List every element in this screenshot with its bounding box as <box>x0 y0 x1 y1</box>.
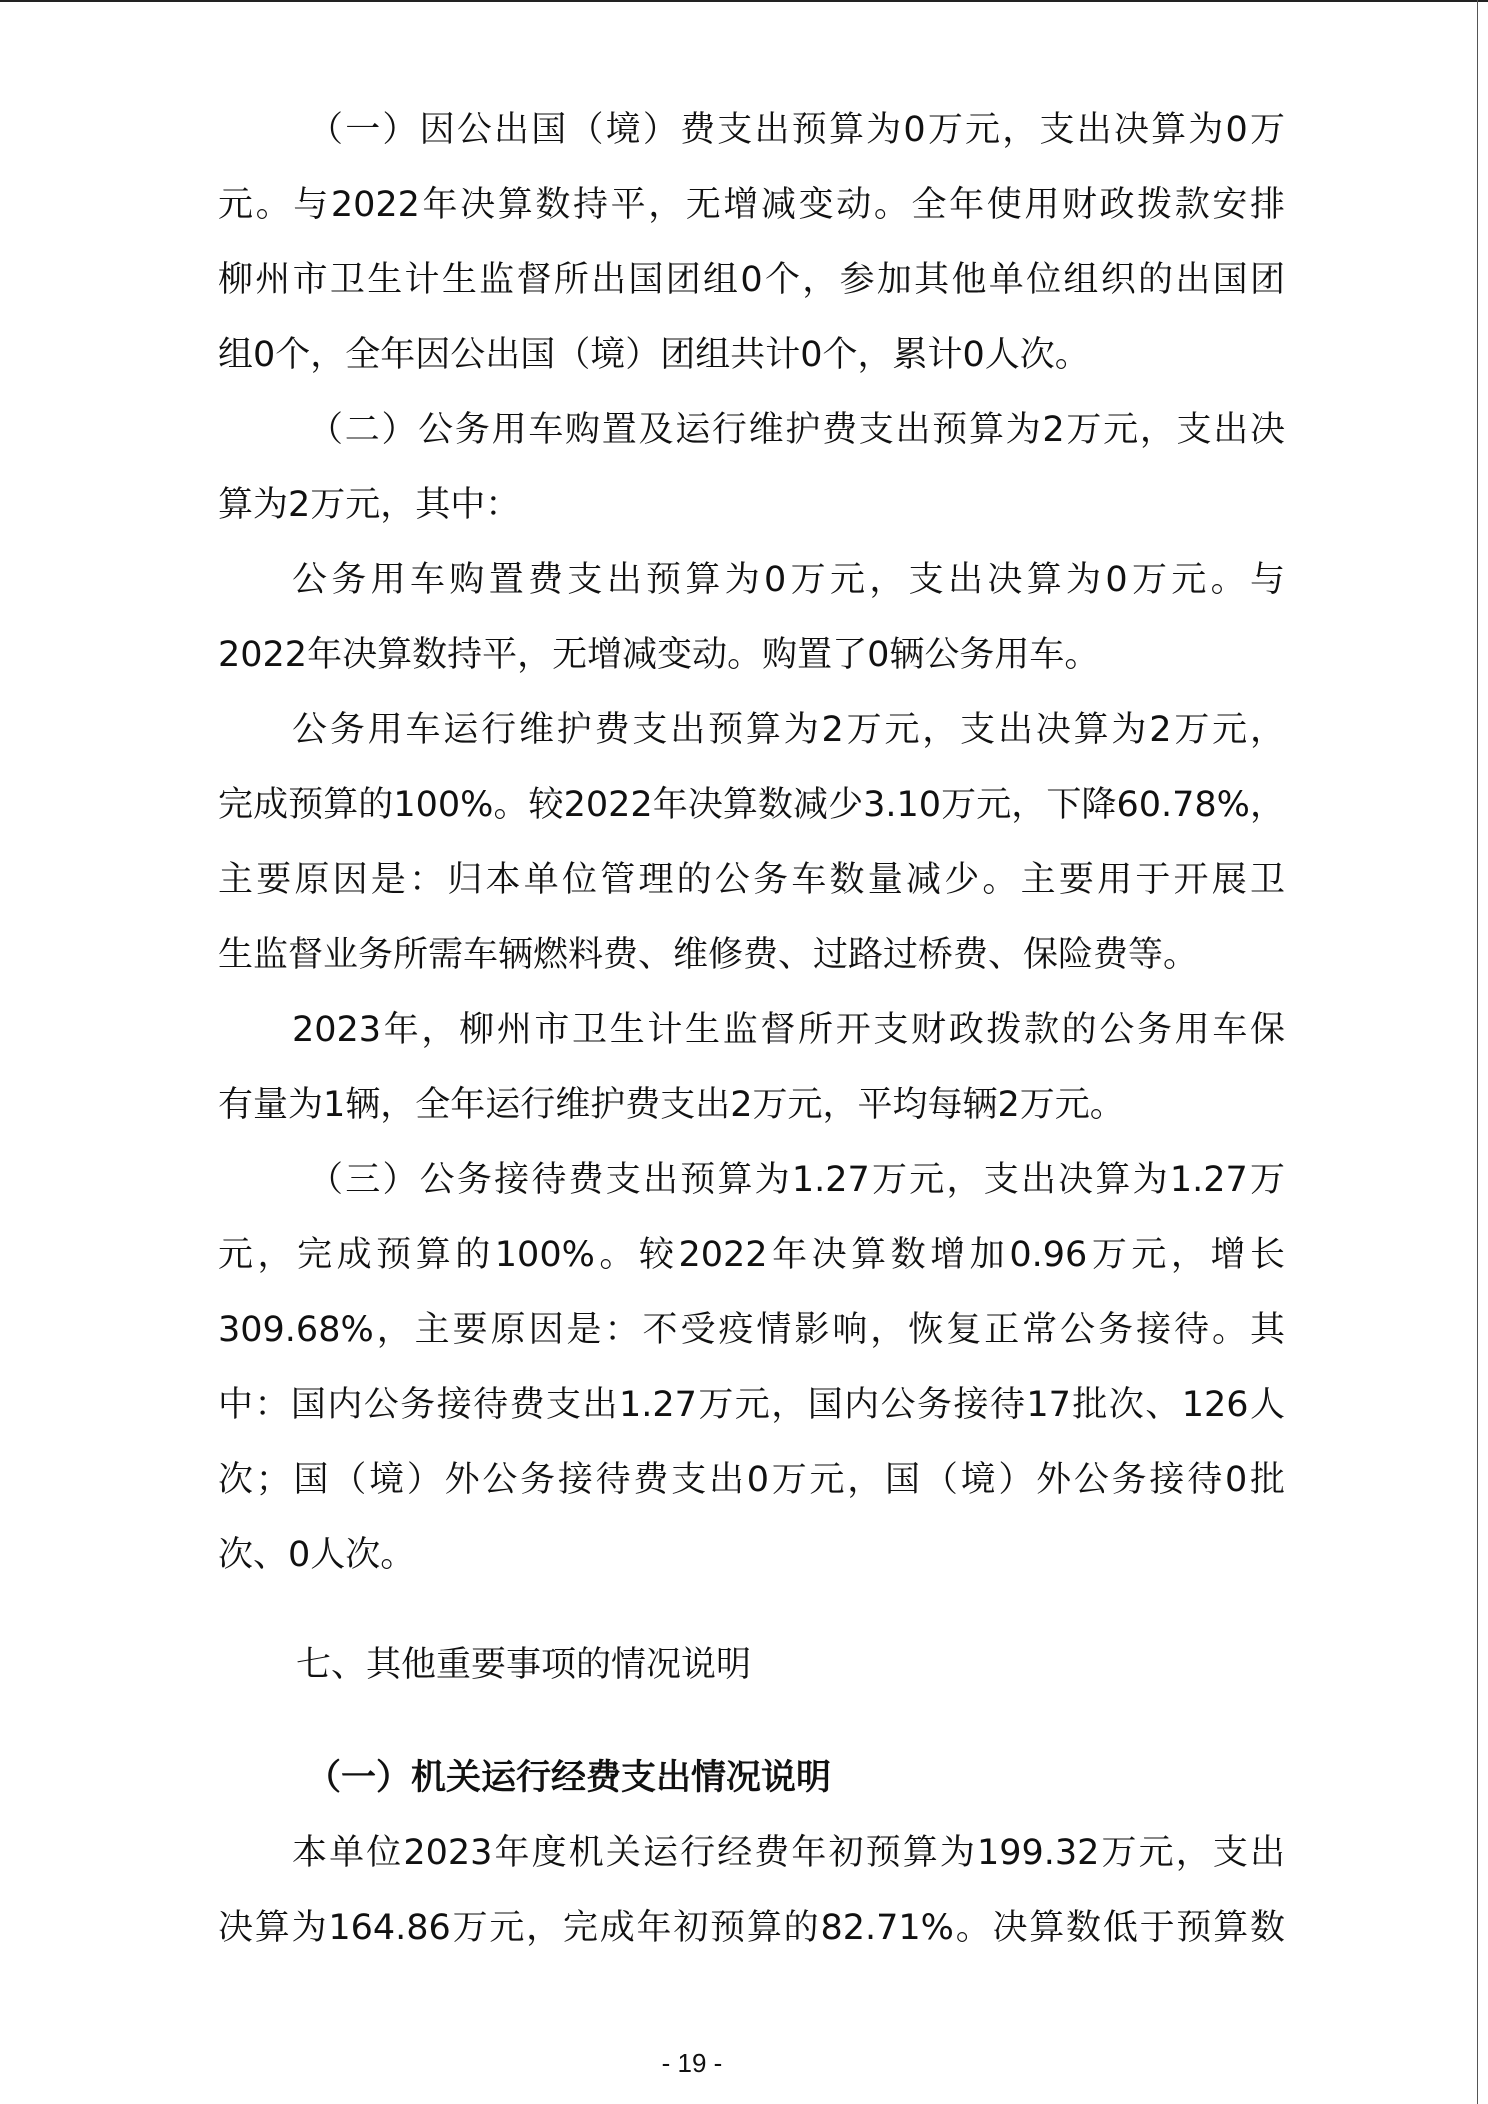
page-footer: - 19 - <box>0 2046 1488 2080</box>
section-heading: 七、其他重要事项的情况说明 <box>296 1643 751 1687</box>
paragraph-vehicle-total-line-2: 算为2万元，其中： <box>218 483 1285 527</box>
paragraph-foreign-travel-line-3: 柳州市卫生计生监督所出国团组0个，参加其他单位组织的出国团 <box>218 258 1285 302</box>
paragraph-operating-line-1: 本单位2023年度机关运行经费年初预算为199.32万元，支出 <box>292 1831 1285 1875</box>
paragraph-reception-line-1: （三）公务接待费支出预算为1.27万元，支出决算为1.27万 <box>308 1158 1285 1202</box>
paragraph-reception-line-2: 元，完成预算的100%。较2022年决算数增加0.96万元，增长 <box>218 1233 1285 1277</box>
page-right-border <box>1477 0 1478 2104</box>
paragraph-vehicle-holdings-line-2: 有量为1辆，全年运行维护费支出2万元，平均每辆2万元。 <box>218 1083 1285 1127</box>
paragraph-vehicle-purchase-line-1: 公务用车购置费支出预算为0万元，支出决算为0万元。与 <box>292 558 1285 602</box>
paragraph-vehicle-total-line-1: （二）公务用车购置及运行维护费支出预算为2万元，支出决 <box>308 408 1285 452</box>
paragraph-vehicle-holdings-line-1: 2023年，柳州市卫生计生监督所开支财政拨款的公务用车保 <box>292 1008 1285 1052</box>
paragraph-reception-line-4: 中：国内公务接待费支出1.27万元，国内公务接待17批次、126人 <box>218 1383 1285 1427</box>
paragraph-foreign-travel-line-2: 元。与2022年决算数持平，无增减变动。全年使用财政拨款安排 <box>218 183 1285 227</box>
paragraph-vehicle-maintenance-line-3: 主要原因是：归本单位管理的公务车数量减少。主要用于开展卫 <box>218 858 1285 902</box>
paragraph-reception-line-3: 309.68%，主要原因是：不受疫情影响，恢复正常公务接待。其 <box>218 1308 1285 1352</box>
paragraph-foreign-travel-line-4: 组0个，全年因公出国（境）团组共计0个，累计0人次。 <box>218 333 1285 377</box>
subsection-heading: （一）机关运行经费支出情况说明 <box>306 1756 831 1800</box>
paragraph-vehicle-maintenance-line-1: 公务用车运行维护费支出预算为2万元，支出决算为2万元， <box>292 708 1285 752</box>
paragraph-vehicle-maintenance-line-2: 完成预算的100%。较2022年决算数减少3.10万元，下降60.78%， <box>218 783 1285 827</box>
paragraph-vehicle-purchase-line-2: 2022年决算数持平，无增减变动。购置了0辆公务用车。 <box>218 633 1285 677</box>
page-top-border <box>0 0 1488 2</box>
paragraph-reception-line-6: 次、0人次。 <box>218 1533 1285 1577</box>
page-number: - 19 - <box>662 2048 723 2078</box>
paragraph-operating-line-2: 决算为164.86万元，完成年初预算的82.71%。决算数低于预算数 <box>218 1906 1285 1950</box>
paragraph-reception-line-5: 次；国（境）外公务接待费支出0万元，国（境）外公务接待0批 <box>218 1458 1285 1502</box>
paragraph-foreign-travel-line-1: （一）因公出国（境）费支出预算为0万元，支出决算为0万 <box>308 108 1285 152</box>
paragraph-vehicle-maintenance-line-4: 生监督业务所需车辆燃料费、维修费、过路过桥费、保险费等。 <box>218 933 1285 977</box>
